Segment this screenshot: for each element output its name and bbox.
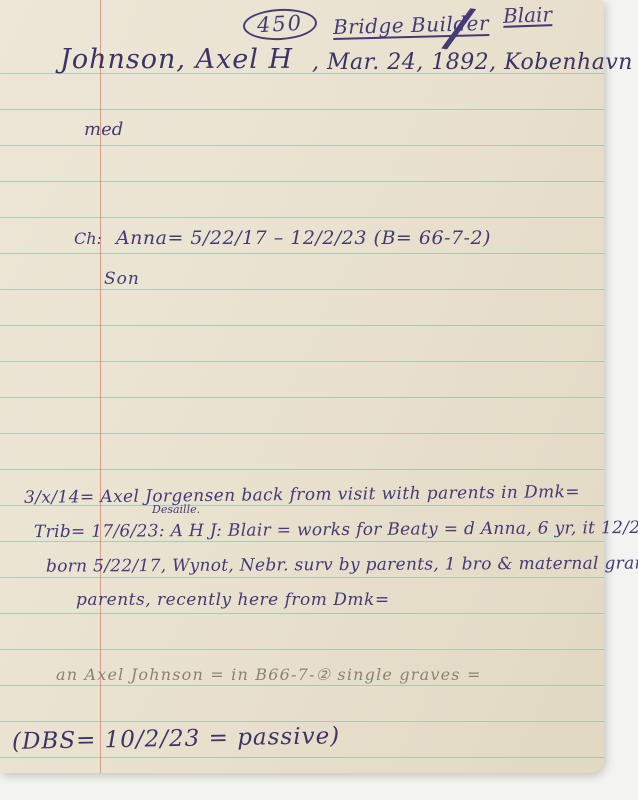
med-note: med	[84, 120, 123, 140]
notebook-paper: 450 Bridge Builder / Blair Johnson, Axel…	[0, 0, 604, 773]
pencil-note: an Axel Johnson = in B66-7-② single grav…	[56, 666, 482, 684]
entry-birth-info: , Mar. 24, 1892, Kobenhavn	[312, 51, 633, 75]
children-line: Ch: Anna= 5/22/17 – 12/2/23 (B= 66-7-2)	[74, 228, 491, 249]
ruled-lines	[0, 73, 604, 764]
child-relation: Son	[104, 270, 140, 289]
entry-name: Johnson, Axel H	[60, 45, 293, 75]
page-number-circled: 450	[242, 7, 318, 42]
tribune-note-line2: born 5/22/17, Wynot, Nebr. surv by paren…	[46, 554, 638, 576]
insert-note: Desaille.	[152, 504, 200, 516]
tribune-note-line1: Trib= 17/6/23: A H J: Blair = works for …	[34, 519, 638, 542]
child-record: Anna= 5/22/17 – 12/2/23 (B= 66-7-2)	[116, 228, 491, 249]
children-label: Ch:	[74, 230, 102, 248]
header-surname: Blair	[503, 3, 553, 27]
tribune-note-line3: parents, recently here from Dmk=	[76, 591, 390, 610]
scanned-document: 450 Bridge Builder / Blair Johnson, Axel…	[0, 0, 638, 800]
red-margin-line	[100, 0, 101, 773]
